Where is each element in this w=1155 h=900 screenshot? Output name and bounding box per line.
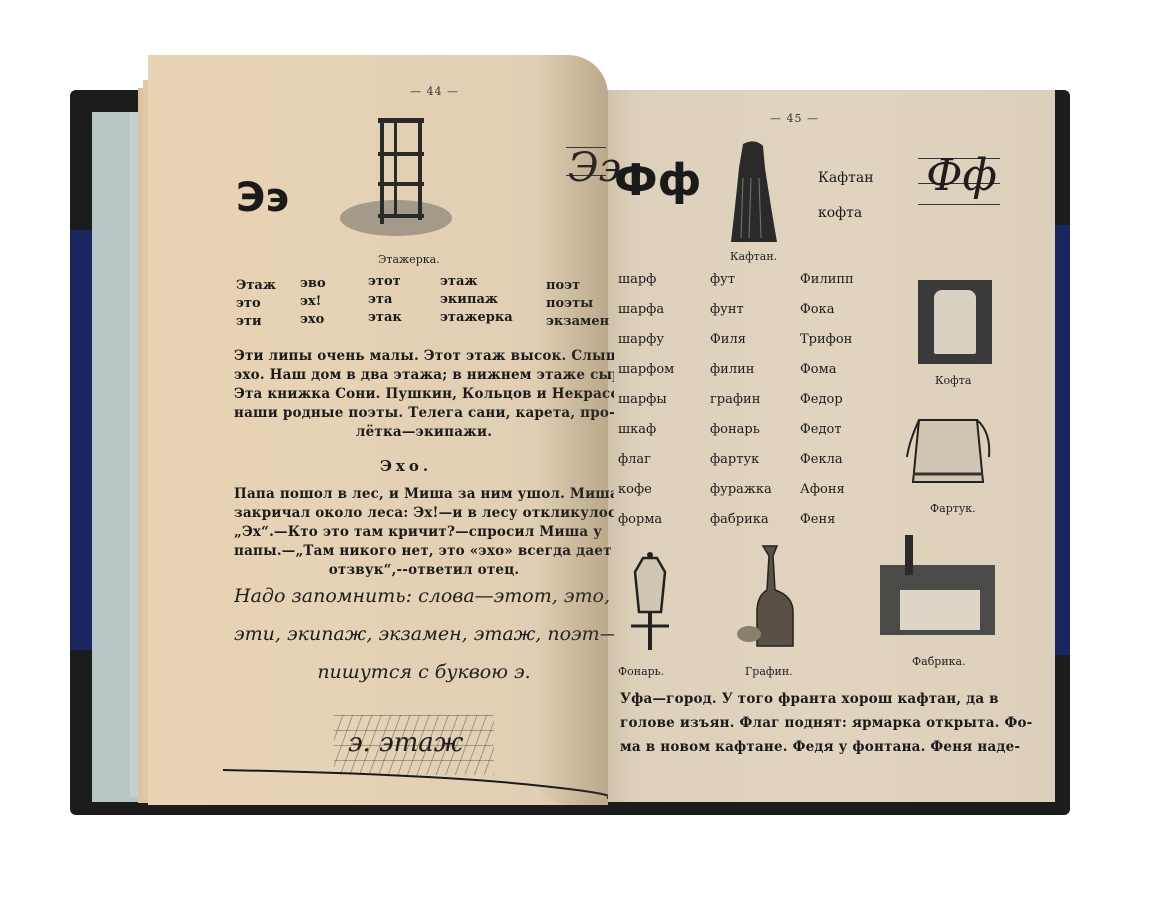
word-column-2: фут фунт Филя филин графин фонарь фартук… bbox=[710, 265, 772, 535]
word: экипаж bbox=[440, 291, 513, 309]
word: этот bbox=[368, 273, 402, 291]
word: Фома bbox=[800, 355, 854, 385]
paragraph-line: ма в новом кафтане. Федя у фонтана. Феня… bbox=[620, 735, 1040, 759]
page-curl-shadow bbox=[530, 55, 608, 805]
word: фабрика bbox=[710, 505, 772, 535]
header-word: кофта bbox=[818, 205, 862, 221]
paragraph-line: Уфа—город. У того франта хорош кафтан, д… bbox=[620, 687, 1040, 711]
word: Фока bbox=[800, 295, 854, 325]
word: шарфом bbox=[618, 355, 674, 385]
word-column-1: шарф шарфа шарфу шарфом шарфы шкаф флаг … bbox=[618, 265, 674, 535]
kaftan-illustration bbox=[725, 138, 785, 248]
word: Филипп bbox=[800, 265, 854, 295]
apron-caption: Фартук. bbox=[930, 502, 976, 515]
word: эхо bbox=[300, 311, 326, 329]
word-column-4: этаж экипаж этажерка bbox=[440, 273, 513, 327]
factory-chimney bbox=[905, 535, 913, 575]
word: Этаж bbox=[236, 277, 276, 295]
decanter-caption: Графин. bbox=[745, 665, 793, 678]
word: шарфы bbox=[618, 385, 674, 415]
print-letter-e: Ээ bbox=[236, 175, 289, 221]
factory-illustration bbox=[880, 565, 995, 635]
word-column-3: Филипп Фока Трифон Фома Федор Федот Фекл… bbox=[800, 265, 854, 535]
lantern-caption: Фонарь. bbox=[618, 665, 664, 678]
word: шарфу bbox=[618, 325, 674, 355]
word: эх! bbox=[300, 293, 326, 311]
word: Филя bbox=[710, 325, 772, 355]
factory-building bbox=[900, 590, 980, 630]
kofta-caption: Кофта bbox=[935, 374, 971, 387]
word: Федот bbox=[800, 415, 854, 445]
print-letter-ef: Фф bbox=[614, 155, 701, 206]
word: кофе bbox=[618, 475, 674, 505]
shelf-illustration bbox=[338, 110, 458, 240]
word: шарфа bbox=[618, 295, 674, 325]
script-letter: Фф bbox=[926, 146, 997, 206]
word: этак bbox=[368, 309, 402, 327]
word: фуражка bbox=[710, 475, 772, 505]
word: этажерка bbox=[440, 309, 513, 327]
word: это bbox=[236, 295, 276, 313]
right-page: — 45 — Фф Кафтан. Кафтан кофта Фф шарф ш… bbox=[600, 90, 1055, 802]
factory-caption: Фабрика. bbox=[912, 655, 966, 668]
word: графин bbox=[710, 385, 772, 415]
kaftan-caption: Кафтан. bbox=[730, 250, 777, 263]
word: шкаф bbox=[618, 415, 674, 445]
word: фунт bbox=[710, 295, 772, 325]
decanter-illustration bbox=[735, 542, 805, 652]
apron-illustration bbox=[905, 412, 995, 497]
lantern-illustration bbox=[625, 550, 675, 655]
word: фонарь bbox=[710, 415, 772, 445]
header-word: Кафтан bbox=[818, 170, 874, 186]
letter-text: Фф bbox=[614, 155, 701, 206]
page-number: — 44 — bbox=[410, 85, 459, 98]
word: Фекла bbox=[800, 445, 854, 475]
letter-text: Ээ bbox=[236, 175, 289, 221]
word: этаж bbox=[440, 273, 513, 291]
word: Феня bbox=[800, 505, 854, 535]
word-column-3: этот эта этак bbox=[368, 273, 402, 327]
word: шарф bbox=[618, 265, 674, 295]
paragraph-line: голове изъян. Флаг поднят: ярмарка откры… bbox=[620, 711, 1040, 735]
word: фут bbox=[710, 265, 772, 295]
word: Афоня bbox=[800, 475, 854, 505]
word: эти bbox=[236, 313, 276, 331]
word-column-1: Этаж это эти bbox=[236, 277, 276, 331]
word: флаг bbox=[618, 445, 674, 475]
kofta-illustration bbox=[918, 280, 992, 364]
kofta-jacket-shape bbox=[934, 290, 976, 354]
word: Трифон bbox=[800, 325, 854, 355]
word: форма bbox=[618, 505, 674, 535]
word: эта bbox=[368, 291, 402, 309]
word: фартук bbox=[710, 445, 772, 475]
book-photo: — 45 — Фф Кафтан. Кафтан кофта Фф шарф ш… bbox=[0, 0, 1155, 900]
word-column-2: эво эх! эхо bbox=[300, 275, 326, 329]
word: Федор bbox=[800, 385, 854, 415]
story-title: Эхо. bbox=[380, 457, 432, 475]
copybook-word: э. этаж bbox=[348, 723, 463, 763]
word: эво bbox=[300, 275, 326, 293]
page-number: — 45 — bbox=[770, 112, 819, 125]
right-paragraph: Уфа—город. У того франта хорош кафтан, д… bbox=[620, 687, 1040, 759]
word: филин bbox=[710, 355, 772, 385]
shelf-caption: Этажерка. bbox=[378, 253, 440, 266]
